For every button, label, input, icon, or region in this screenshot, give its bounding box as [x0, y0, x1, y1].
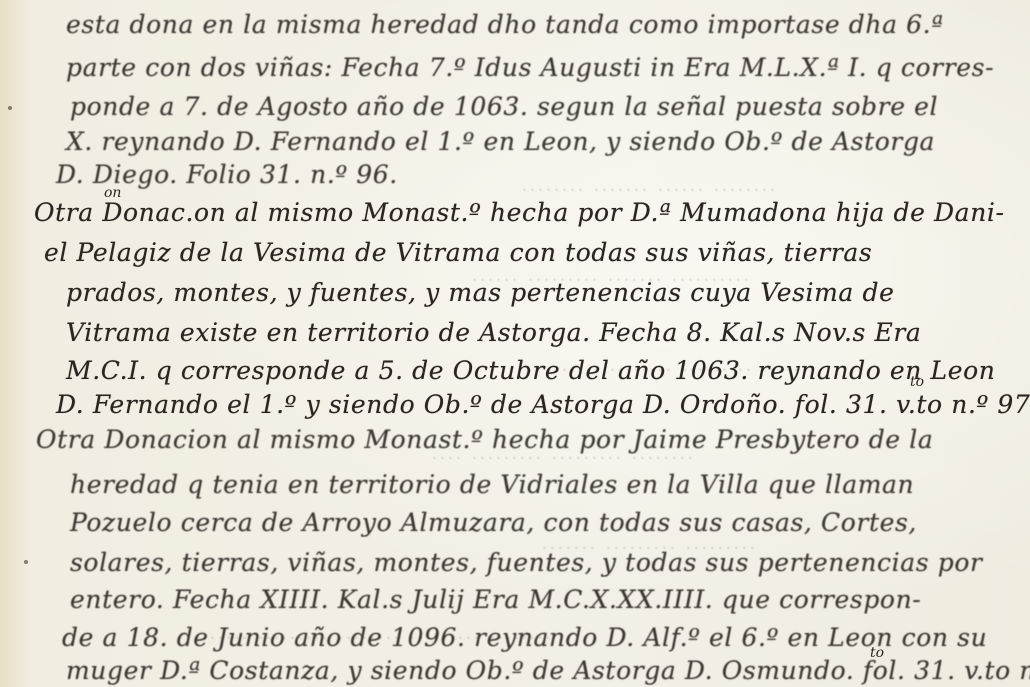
manuscript-line-8: prados, montes, y fuentes, y mas pertene…: [66, 278, 894, 307]
manuscript-line-6: Otra Donac.on al mismo Monast.º hecha po…: [34, 198, 1005, 227]
manuscript-line-14: Pozuelo cerca de Arroyo Almuzara, con to…: [70, 508, 917, 537]
manuscript-line-7: el Pelagiz de la Vesima de Vitrama con t…: [44, 238, 872, 267]
manuscript-line-12: Otra Donacion al mismo Monast.º hecha po…: [36, 425, 933, 454]
ink-spot: [8, 106, 12, 110]
ink-spot: [24, 560, 28, 564]
manuscript-line-9: Vitrama existe en territorio de Astorga.…: [66, 318, 921, 347]
manuscript-line-1: esta dona en la misma heredad dho tanda …: [66, 10, 944, 39]
manuscript-line-18: muger D.ª Costanza, y siendo Ob.º de Ast…: [66, 656, 1030, 685]
superscript-vto: to: [910, 374, 924, 390]
manuscript-line-2: parte con dos viñas: Fecha 7.º Idus Augu…: [66, 53, 994, 82]
manuscript-line-13: heredad q tenia en territorio de Vidrial…: [70, 470, 914, 499]
manuscript-line-17: de a 18. de Junio año de 1096. reynando …: [62, 623, 987, 652]
manuscript-line-11: D. Fernando el 1.º y siendo Ob.º de Asto…: [56, 390, 1030, 419]
manuscript-line-10: M.C.I. q corresponde a 5. de Octubre del…: [66, 356, 996, 385]
manuscript-line-15: solares, tierras, viñas, montes, fuentes…: [70, 548, 983, 577]
manuscript-line-3: ponde a 7. de Agosto año de 1063. segun …: [70, 92, 938, 121]
manuscript-line-4: X. reynando D. Fernando el 1.º en Leon, …: [66, 127, 935, 156]
manuscript-page: ........ ...... ....... ........ .......…: [0, 0, 1030, 687]
manuscript-line-16: entero. Fecha XIIII. Kal.s Julij Era M.C…: [70, 585, 921, 614]
